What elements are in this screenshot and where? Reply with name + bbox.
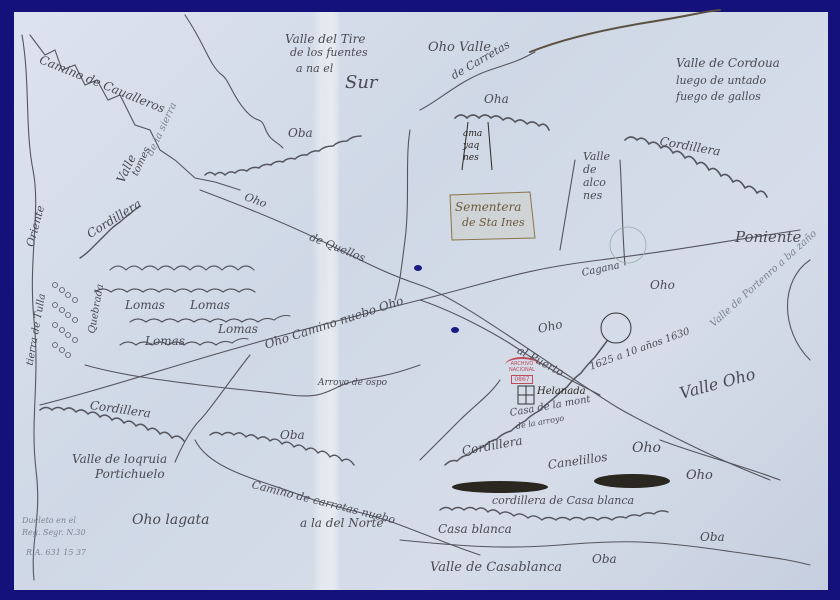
label-de-sta-ines: de Sta Ines: [462, 216, 525, 229]
landmark-circle: [601, 313, 631, 343]
label-portichuelo: Portichuelo: [95, 467, 165, 481]
ridge-top-right: [530, 10, 720, 52]
label-casa-blanca: Casa blanca: [438, 522, 512, 536]
label-de-los-fuentes: de los fuentes: [290, 46, 368, 59]
label-oba-top: Oba: [288, 126, 313, 140]
archive-note: Reg. Segr. N.30: [22, 528, 86, 537]
label-arroyo-de-ospo: Arroyo de ospo: [318, 378, 387, 388]
archive-note: Dueleto en el: [22, 516, 76, 525]
label-oba-bottom: Oba: [592, 552, 617, 566]
label-valle-dealconnes: Valle de alco nes: [583, 150, 615, 202]
road-carretas-nuevo: [195, 440, 480, 555]
label-lomas: Lomas: [218, 322, 258, 336]
stamp-number: 0867: [511, 375, 532, 384]
ink-blots: [452, 474, 670, 493]
road-portichuelo: [175, 355, 250, 462]
label-lomas: Lomas: [145, 334, 185, 348]
ridge-casa-blanca: [440, 508, 668, 521]
label-valle-casa-blanca: Valle de Casablanca: [430, 560, 562, 575]
label-oho-lagata: Oho lagata: [132, 512, 209, 528]
label-lomas: Lomas: [125, 298, 165, 312]
helanada-grid: [518, 386, 534, 404]
label-ana-el: a na el: [296, 62, 333, 75]
label-lomas: Lomas: [190, 298, 230, 312]
ink-spots: [414, 265, 459, 333]
ridge-oba: [205, 136, 361, 175]
label-oba-bottom-right: Oba: [700, 530, 725, 544]
label-oho-right: Oho: [686, 468, 713, 483]
lomas-wave: [130, 316, 290, 323]
label-valle-cordoua: Valle de Cordoua: [676, 56, 780, 70]
oho-left-boundary: [395, 130, 410, 300]
label-oha-top: Oha: [484, 92, 509, 106]
label-oba-mid: Oba: [280, 428, 305, 442]
stream-top: [185, 15, 283, 148]
stream-right: [660, 440, 780, 480]
faint-circle: [610, 227, 646, 263]
tierra-dots: [53, 283, 78, 358]
lomas-wave: [110, 266, 254, 270]
label-valle-del-tire: Valle del Tire: [285, 32, 365, 46]
label-valle-de-loqruia: Valle de loqruia: [72, 452, 167, 466]
label-luego-de-untado: luego de untado: [676, 74, 766, 87]
label-oho-canelillos: Oho: [632, 440, 661, 456]
arc-right: [788, 260, 811, 360]
label-cordillera-casa-blanca: cordillera de Casa blanca: [492, 494, 634, 507]
lomas-wave: [95, 289, 255, 292]
label-poniente: Poniente: [735, 228, 801, 246]
label-oho-cagana: Oho: [650, 278, 675, 292]
label-amayaqnes: ama yaq nes: [463, 128, 489, 164]
label-sementera: Sementera: [455, 200, 521, 214]
label-sur: Sur: [345, 72, 378, 93]
archive-stamp: ARCHIVO NACIONAL 0867: [505, 357, 539, 387]
archive-reference: R.A. 631 15 37: [26, 548, 86, 557]
label-fuego-de-gallos: fuego de gallos: [676, 90, 761, 103]
stamp-text: ARCHIVO NACIONAL: [505, 357, 539, 373]
label-al-norte: a la del Norte: [300, 516, 384, 530]
